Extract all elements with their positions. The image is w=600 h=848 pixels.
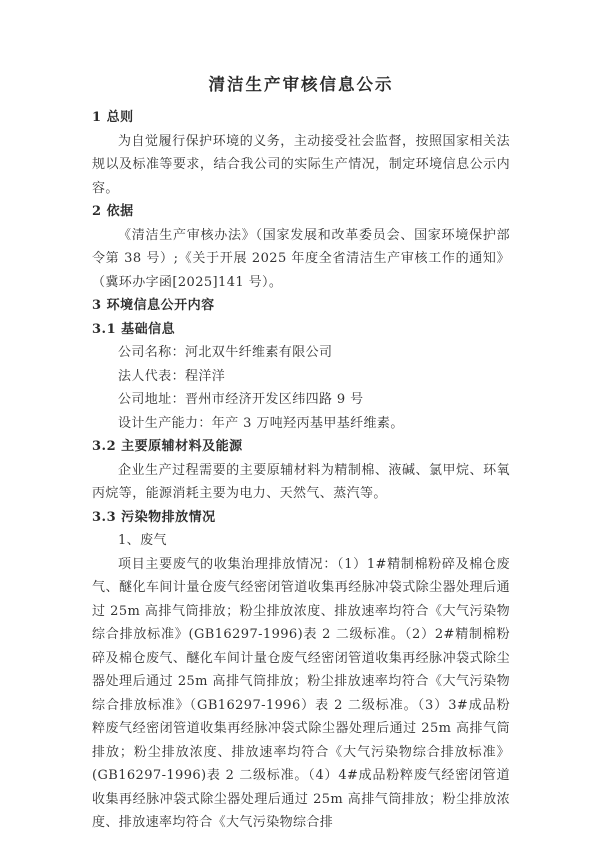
paragraph-emissions: 项目主要废气的收集治理排放情况：（1）1#精制棉粉碎及棉仓废气、醚化车间计量仓废… [92, 553, 510, 835]
heading-disclosure: 3 环境信息公开内容 [92, 294, 510, 318]
info-legal-representative: 法人代表：程洋洋 [92, 365, 510, 389]
heading-basic-info: 3.1 基础信息 [92, 318, 510, 342]
info-company-name: 公司名称：河北双牛纤维素有限公司 [92, 341, 510, 365]
paragraph-materials: 企业生产过程需要的主要原辅材料为精制棉、液碱、氯甲烷、环氧丙烷等，能源消耗主要为… [92, 459, 510, 506]
info-address: 公司地址：晋州市经济开发区纬四路 9 号 [92, 388, 510, 412]
paragraph-basis: 《清洁生产审核办法》（国家发展和改革委员会、国家环境保护部令第 38 号）;《关… [92, 224, 510, 295]
heading-basis: 2 依据 [92, 200, 510, 224]
heading-materials: 3.2 主要原辅材料及能源 [92, 435, 510, 459]
document-title: 清洁生产审核信息公示 [92, 74, 510, 96]
paragraph-general: 为自觉履行保护环境的义务，主动接受社会监督，按照国家相关法规以及标准等要求，结合… [92, 130, 510, 201]
document-page: 清洁生产审核信息公示 1 总则 为自觉履行保护环境的义务，主动接受社会监督，按照… [0, 0, 600, 848]
emissions-item-waste-gas: 1、废气 [92, 529, 510, 553]
info-capacity: 设计生产能力：年产 3 万吨羟丙基甲基纤维素。 [92, 412, 510, 436]
heading-emissions: 3.3 污染物排放情况 [92, 506, 510, 530]
heading-general: 1 总则 [92, 106, 510, 130]
